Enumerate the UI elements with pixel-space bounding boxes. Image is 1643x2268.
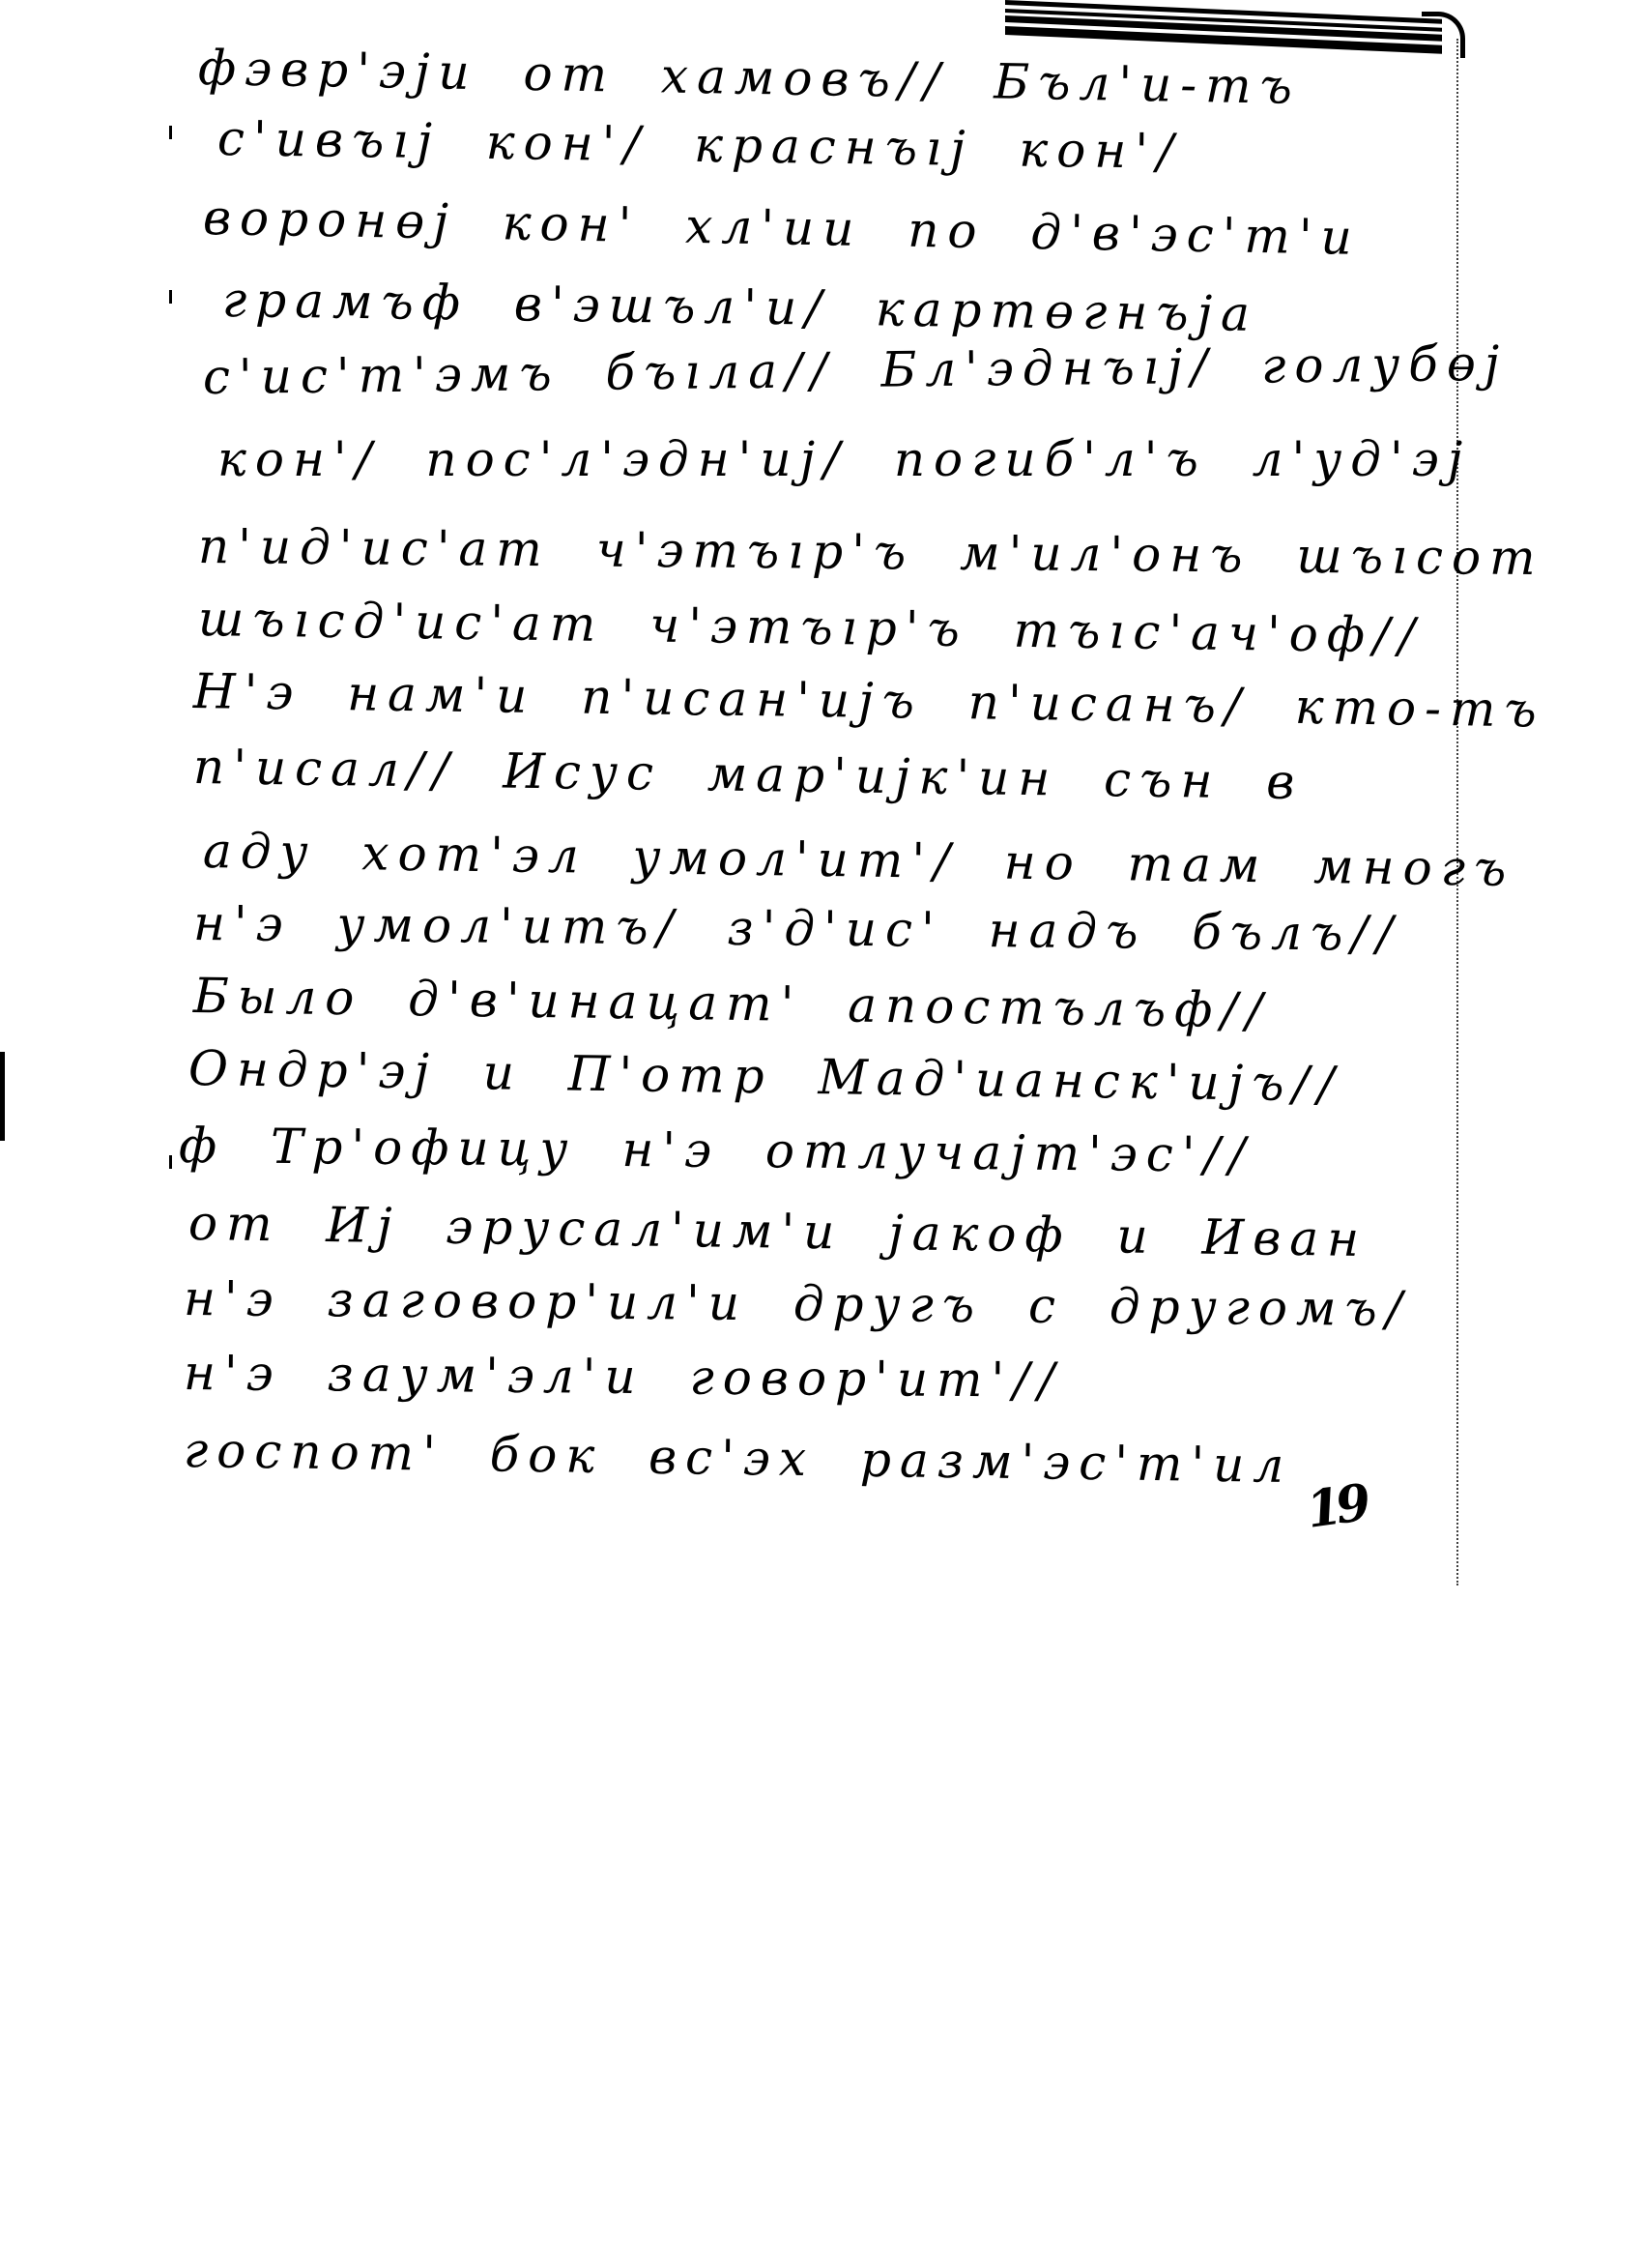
manuscript-line: кон'/ пос'л'эдн'иј/ погиб'л'ъ л'уд'эј <box>217 435 1471 483</box>
margin-mark <box>169 1155 172 1169</box>
manuscript-line: аду хот'эл умол'ит'/ но там многъ <box>203 827 1515 893</box>
manuscript-line: воронөј кон' хл'ии по д'в'эс'т'и <box>203 193 1362 262</box>
manuscript-line: Ондр'эј и П'отр Мад'ианск'ијъ// <box>188 1044 1343 1109</box>
manuscript-line: Н'э нам'и п'исан'ијъ п'исанъ/ кто-тъ <box>193 667 1545 735</box>
manuscript-line: н'э заум'эл'и говор'ит'// <box>184 1349 1063 1405</box>
scanned-page: фэвр'эји от хамовъ// Бъл'и-тъ с'ивъıј ко… <box>0 0 1643 2268</box>
manuscript-line: от Иј эрусал'им'и јакоф и Иван <box>188 1199 1369 1264</box>
notebook-page-edge <box>1005 0 1469 58</box>
manuscript-line: с'ис'т'эмъ бъıла// Бл'эднъıј/ голубөј <box>203 339 1509 401</box>
manuscript-line: н'э умол'итъ/ з'д'ис' надъ бълъ// <box>193 899 1401 958</box>
manuscript-line: госпот' бок вс'эх разм'эс'т'ил <box>184 1426 1293 1490</box>
page-number: 19 <box>1303 1473 1369 1540</box>
page-corner <box>1422 12 1465 58</box>
margin-mark <box>169 290 172 304</box>
margin-mark <box>169 126 172 139</box>
scan-artifact-bar <box>0 1052 5 1141</box>
manuscript-line: грамъф в'эшъл'и/ картөгнъја <box>222 276 1259 338</box>
manuscript-line: п'ид'ис'ат ч'этъıр'ъ м'ил'онъ шъıсот <box>198 522 1544 582</box>
manuscript-line: ф Тр'офицу н'э отлучајт'эс'// <box>179 1121 1254 1179</box>
manuscript-line: н'э заговор'ил'и другъ с другомъ/ <box>184 1274 1411 1333</box>
manuscript-line: шъıсд'ис'ат ч'этъıр'ъ тъıс'ач'оф// <box>198 595 1424 660</box>
manuscript-line: с'ивъıј кон'/ краснъıј кон'/ <box>217 114 1183 176</box>
manuscript-line: Было д'в'инацат' апостълъф// <box>193 972 1272 1035</box>
manuscript-line: п'исал// Исус мар'ијк'ин сън в <box>193 742 1304 806</box>
page-right-border <box>1456 39 1458 1585</box>
